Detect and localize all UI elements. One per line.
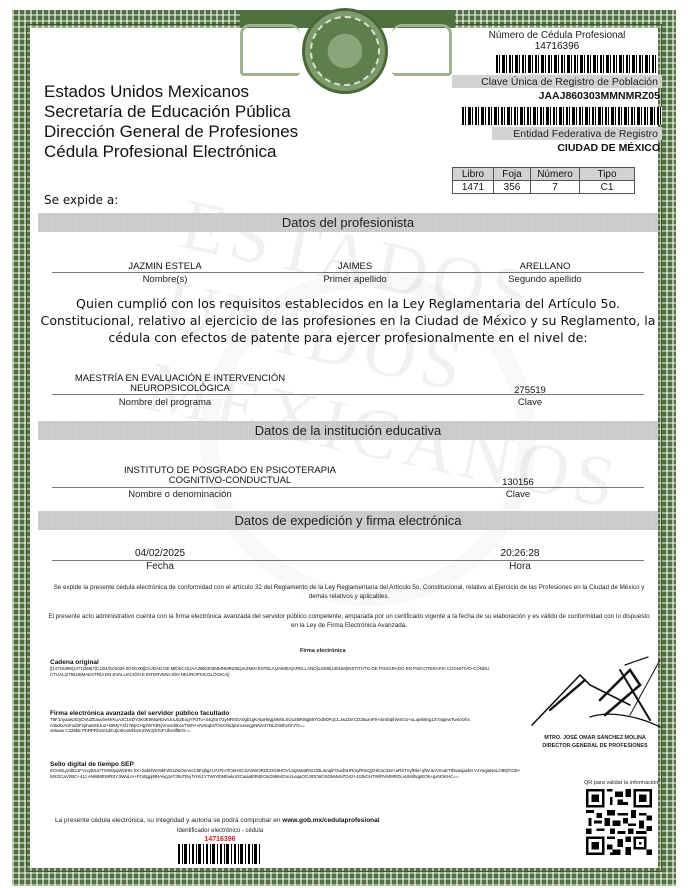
value-numero: 7 — [531, 181, 580, 194]
coat-of-arms-ring — [310, 16, 380, 86]
heading-line-4: Cédula Profesional Electrónica — [44, 142, 298, 162]
expide-label: Se expide a: — [44, 193, 118, 207]
header-foja: Foja — [494, 168, 531, 181]
heading-line-2: Secretaría de Educación Pública — [44, 102, 298, 122]
label-institution-name: Nombre o denominación — [110, 489, 250, 500]
label-primer-apellido: Primer apellido — [290, 274, 420, 285]
label-institution-clave: Clave — [468, 489, 568, 500]
cedula-barcode — [496, 55, 656, 73]
header-tipo: Tipo — [580, 168, 635, 181]
validation-qr-code[interactable] — [586, 789, 652, 855]
label-program-name: Nombre del programa — [90, 397, 240, 408]
person-nombre: JAZMIN ESTELA — [100, 261, 230, 272]
handwritten-signature — [530, 655, 670, 730]
identifier-barcode — [178, 844, 262, 864]
cadena-original-text: ||14716396|1471|356|7|C1|04/02/2025 00:0… — [50, 666, 490, 677]
issuance-hora: 20:26:28 — [470, 548, 570, 559]
cadena-original-block: Cadena original ||14716396|1471|356|7|C1… — [50, 659, 490, 677]
label-hora: Hora — [470, 561, 570, 572]
header-libro: Libro — [453, 168, 494, 181]
firma-title: Firma electrónica — [300, 648, 346, 654]
label-segundo-apellido: Segundo apellido — [480, 274, 610, 285]
curp-value: JAAJ860303MMNMRZ05 — [452, 88, 662, 104]
registry-block: Número de Cédula Profesional 14716396 Cl… — [452, 30, 662, 156]
sello-label: Sello digital de tiempo SEP — [50, 761, 520, 768]
verification-text: La presente cédula electrónica, su integ… — [55, 817, 282, 824]
program-rule — [52, 394, 644, 395]
crest-scroll-right — [392, 24, 452, 76]
section-institucion: Datos de la institución educativa — [38, 421, 658, 440]
program-name-line2: NEUROPSICOLÓGICA — [60, 383, 300, 394]
legal-paragraph-2: El presente acto administrativo cuenta c… — [44, 612, 654, 630]
sello-block: Sello digital de tiempo SEP EOmttLy2d521… — [50, 761, 520, 779]
identifier-label: Identificador electrónico - cédula — [175, 828, 265, 834]
identifier-number: 14716396 — [175, 836, 265, 843]
heading-line-1: Estados Unidos Mexicanos — [44, 82, 298, 102]
verification-url[interactable]: www.gob.mx/cedulaprofesional — [282, 817, 379, 824]
label-fecha: Fecha — [110, 561, 210, 572]
verification-notice: La presente cédula electrónica, su integ… — [55, 817, 380, 824]
section-profesionista: Datos del profesionista — [38, 213, 658, 232]
crest-scroll-left — [240, 24, 300, 76]
sello-text: EOmttLy2d521FVcq4tSa7TSW0pqWOHN hX+2abHW… — [50, 768, 520, 779]
legal-statement: Quien cumplió con los requisitos estable… — [34, 295, 662, 346]
firma-avanzada-text: T6F1nyaaw3GyDVuZEauvbeMrKuAJC1SDY3K0E6Mq… — [50, 717, 470, 728]
registry-table: Libro Foja Número Tipo 1471 356 7 C1 — [452, 167, 635, 194]
heading-line-3: Dirección General de Profesiones — [44, 122, 298, 142]
cedula-number: 14716396 — [452, 41, 662, 52]
signer-block: MTRO. JOSÉ OMAR SÁNCHEZ MOLINA DIRECTOR … — [520, 734, 670, 750]
value-tipo: C1 — [580, 181, 635, 194]
entidad-value: CIUDAD DE MÉXICO — [452, 140, 662, 156]
institution-rule — [52, 487, 644, 488]
curp-barcode — [462, 107, 662, 125]
signer-name: MTRO. JOSÉ OMAR SÁNCHEZ MOLINA — [520, 734, 670, 742]
institution-name-line2: COGNITIVO-CONDUCTUAL — [110, 475, 350, 486]
qr-label: QR para validar la información — [584, 780, 658, 786]
label-program-clave: Clave — [480, 397, 580, 408]
issuance-fecha: 04/02/2025 — [110, 548, 210, 559]
firma-avanzada-label: Firma electrónica avanzada del servidor … — [50, 710, 470, 717]
cadena-original-label: Cadena original — [50, 659, 490, 666]
entidad-label: Entidad Federativa de Registro — [492, 127, 662, 140]
firma-avanzada-tail: xMaaw C229kE PbRPRh2sGdrhJjxXKaWhbzmOWJy… — [50, 728, 470, 734]
section-expedicion: Datos de expedición y firma electrónica — [38, 511, 658, 530]
curp-label: Clave Única de Registro de Población — [452, 75, 662, 88]
registry-table-row: 1471 356 7 C1 — [453, 181, 635, 194]
registry-table-header: Libro Foja Número Tipo — [453, 168, 635, 181]
person-segundo-apellido: ARELLANO — [480, 261, 610, 272]
label-nombre: Nombre(s) — [100, 274, 230, 285]
signer-title: DIRECTOR GENERAL DE PROFESIONES — [520, 742, 670, 750]
header-numero: Número — [531, 168, 580, 181]
cedula-label: Número de Cédula Profesional — [452, 30, 662, 41]
issuer-heading: Estados Unidos Mexicanos Secretaría de E… — [44, 82, 298, 162]
firma-avanzada-block: Firma electrónica avanzada del servidor … — [50, 710, 470, 734]
person-primer-apellido: JAIMES — [290, 261, 420, 272]
legal-paragraph-1: Se expide la presente cédula electrónica… — [44, 583, 654, 601]
name-rule — [52, 272, 644, 273]
value-foja: 356 — [494, 181, 531, 194]
value-libro: 1471 — [453, 181, 494, 194]
